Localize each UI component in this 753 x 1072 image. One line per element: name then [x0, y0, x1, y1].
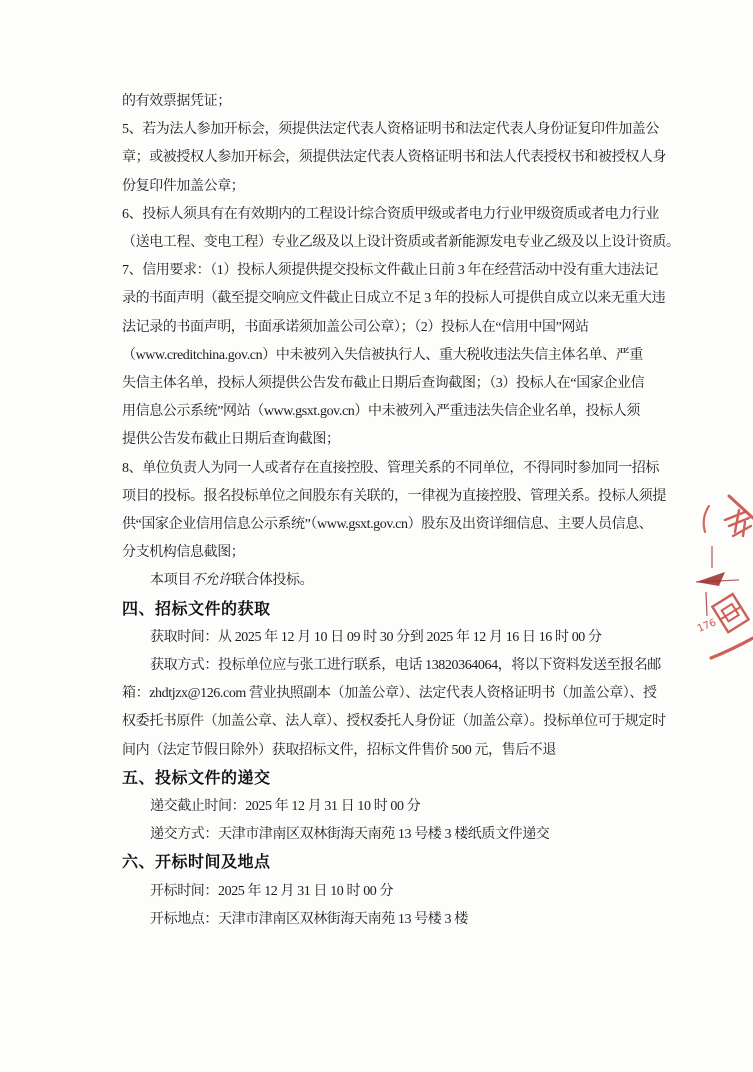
- section-heading: 五、投标文件的递交: [122, 765, 646, 793]
- seal-number: 176: [696, 617, 718, 634]
- red-seal-stamp: 176: [695, 492, 753, 668]
- text-line: （www.creditchina.gov.cn）中未被列入失信被执行人、重大税收…: [122, 342, 646, 370]
- text-line: 分支机构信息截图；: [122, 539, 646, 567]
- text-line: 供“国家企业信用信息公示系统”（www.gsxt.gov.cn）股东及出资详细信…: [122, 511, 646, 539]
- text-line: 权委托书原件（加盖公章、法人章）、授权委托人身份证（加盖公章）。投标单位可于规定…: [122, 708, 646, 736]
- text-line: 份复印件加盖公章；: [122, 173, 646, 201]
- text-line: 的有效票据凭证；: [122, 88, 646, 116]
- text-line: 5、若为法人参加开标会，须提供法定代表人资格证明书和法定代表人身份证复印件加盖公: [122, 116, 646, 144]
- text-line: 录的书面声明（截至提交响应文件截止日成立不足 3 年的投标人可提供自成立以来无重…: [122, 285, 646, 313]
- text-line: 开标地点：天津市津南区双林街海天南苑 13 号楼 3 楼: [122, 906, 646, 934]
- text-line: 间内（法定节假日除外）获取招标文件，招标文件售价 500 元，售后不退: [122, 737, 646, 765]
- text-line: 开标时间：2025 年 12 月 31 日 10 时 00 分: [122, 878, 646, 906]
- text-line: 获取方式：投标单位应与张工进行联系，电话 13820364064，将以下资料发送…: [122, 652, 646, 680]
- text-line: 章；或被授权人参加开标会，须提供法定代表人资格证明书和法人代表授权书和被授权人身: [122, 144, 646, 172]
- text-line: 递交截止时间：2025 年 12 月 31 日 10 时 00 分: [122, 793, 646, 821]
- section-heading: 六、开标时间及地点: [122, 849, 646, 877]
- text-line: （送电工程、变电工程）专业乙级及以上设计资质或者新能源发电专业乙级及以上设计资质…: [122, 229, 646, 257]
- text-line: 本项目不允许联合体投标。: [122, 567, 646, 595]
- text-line: 失信主体名单，投标人须提供公告发布截止日期后查询截图；（3）投标人在“国家企业信: [122, 370, 646, 398]
- text-line: 7、信用要求：（1）投标人须提供提交投标文件截止日前 3 年在经营活动中没有重大…: [122, 257, 646, 285]
- text-block: 的有效票据凭证；5、若为法人参加开标会，须提供法定代表人资格证明书和法定代表人身…: [122, 88, 646, 934]
- text-line: 6、投标人须具有在有效期内的工程设计综合资质甲级或者电力行业甲级资质或者电力行业: [122, 201, 646, 229]
- text-line: 提供公告发布截止日期后查询截图；: [122, 426, 646, 454]
- text-line: 法记录的书面声明，书面承诺须加盖公司公章）；（2）投标人在“信用中国”网站: [122, 314, 646, 342]
- section-heading: 四、招标文件的获取: [122, 596, 646, 624]
- text-line: 8、单位负责人为同一人或者存在直接控股、管理关系的不同单位，不得同时参加同一招标: [122, 455, 646, 483]
- text-line: 用信息公示系统”网站（www.gsxt.gov.cn）中未被列入严重违法失信企业…: [122, 398, 646, 426]
- text-line: 获取时间：从 2025 年 12 月 10 日 09 时 30 分到 2025 …: [122, 624, 646, 652]
- text-line: 项目的投标。报名投标单位之间股东有关联的，一律视为直接控股、管理关系。投标人须提: [122, 483, 646, 511]
- document-page: 的有效票据凭证；5、若为法人参加开标会，须提供法定代表人资格证明书和法定代表人身…: [0, 0, 753, 1072]
- text-line: 递交方式：天津市津南区双林街海天南苑 13 号楼 3 楼纸质文件递交: [122, 821, 646, 849]
- text-line: 箱：zhdtjzx@126.com 营业执照副本（加盖公章）、法定代表人资格证明…: [122, 680, 646, 708]
